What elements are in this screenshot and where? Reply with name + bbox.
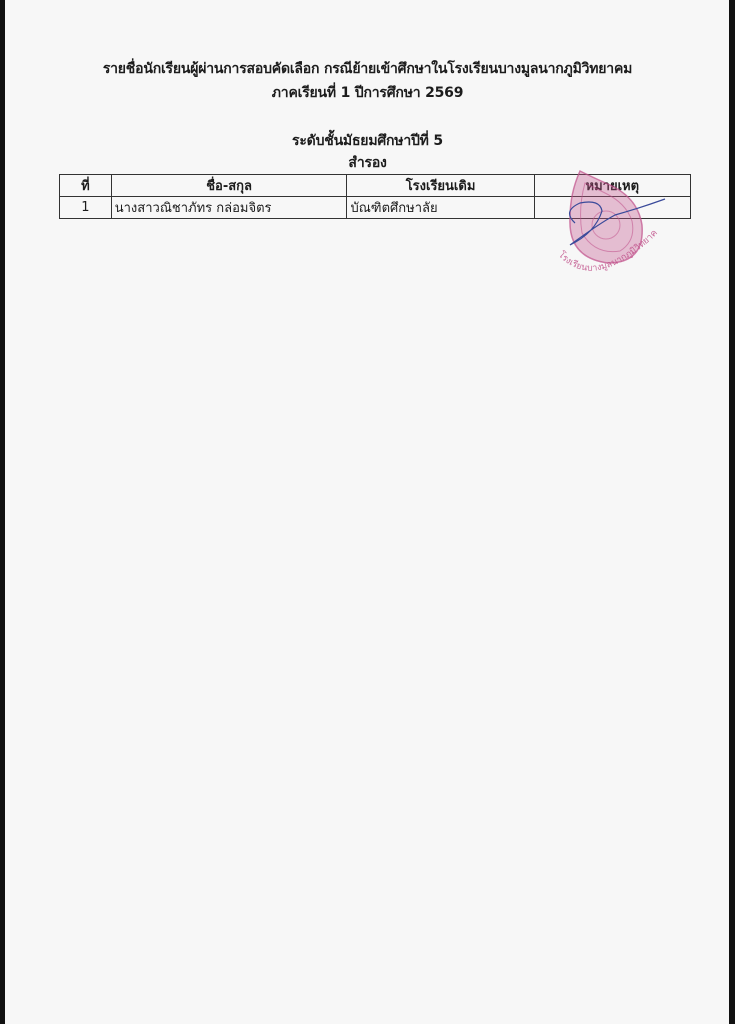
cell-school: บัณฑิตศึกษาลัย (347, 197, 534, 219)
cell-no: 1 (60, 197, 112, 219)
cell-note (534, 197, 690, 219)
student-table: ที่ ชื่อ-สกุล โรงเรียนเดิม หมายเหตุ 1 นา… (59, 174, 691, 219)
grade-level-heading: ระดับชั้นมัธยมศึกษาปีที่ 5 (0, 130, 735, 152)
cell-name: นางสาวณิชาภัทร กล่อมจิตร (111, 197, 347, 219)
table-header-row: ที่ ชื่อ-สกุล โรงเรียนเดิม หมายเหตุ (60, 175, 691, 197)
header-note: หมายเหตุ (534, 175, 690, 197)
semester-line: ภาคเรียนที่ 1 ปีการศึกษา 2569 (0, 82, 735, 104)
table-row: 1 นางสาวณิชาภัทร กล่อมจิตร บัณฑิตศึกษาลั… (60, 197, 691, 219)
document-title: รายชื่อนักเรียนผู้ผ่านการสอบคัดเลือก กรณ… (0, 58, 735, 80)
header-name: ชื่อ-สกุล (111, 175, 347, 197)
header-school: โรงเรียนเดิม (347, 175, 534, 197)
header-no: ที่ (60, 175, 112, 197)
list-status-heading: สำรอง (0, 152, 735, 174)
